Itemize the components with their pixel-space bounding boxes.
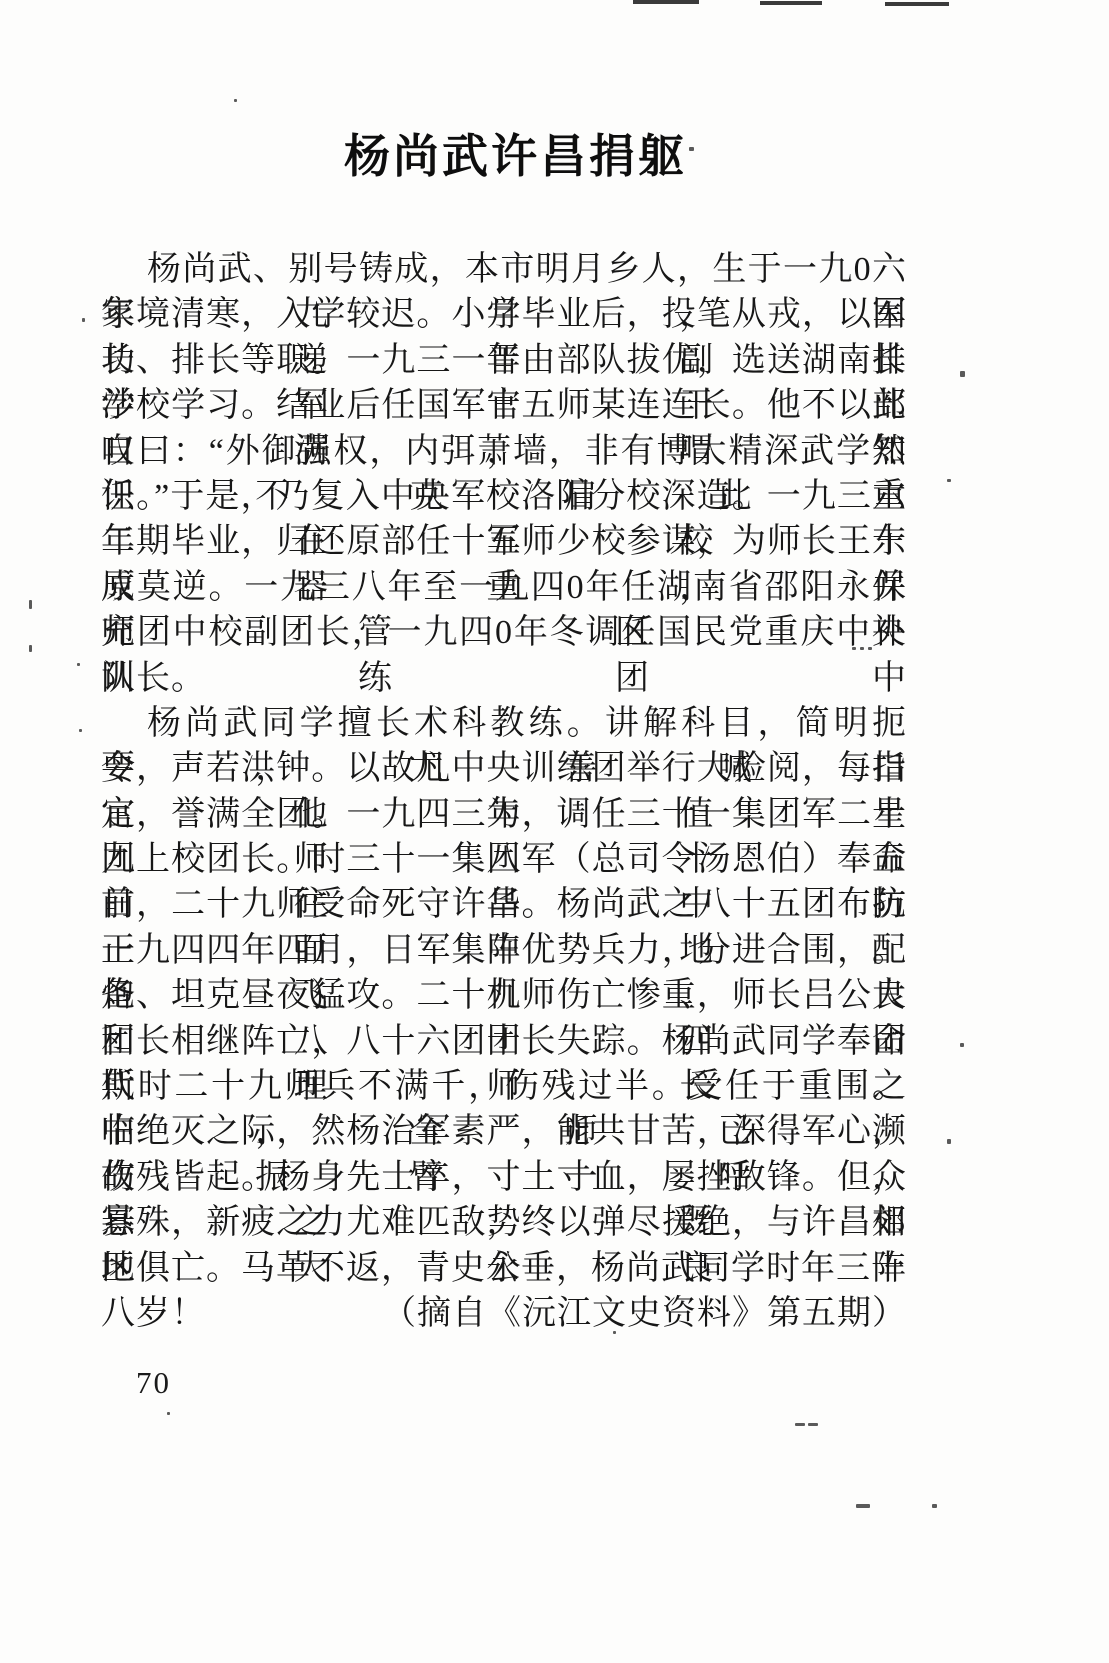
scanned-page: 杨尚武许昌捐躯 杨尚武、别号铸成，本市明月乡人，生于一九0六年九月，因 家境清寒… [0, 0, 1109, 1663]
scan-artifact-bar [885, 2, 949, 6]
scan-speck [947, 1139, 951, 1144]
scan-speck [860, 647, 864, 650]
body-line: 令，声若洪钟。以故凡中央训练团举行大检阅，每指定他为值星 [101, 746, 907, 791]
body-line: 地俱亡。马革不返，青史永垂，杨尚武同学时年三十八岁！ [101, 1246, 907, 1291]
scan-artifact-bar [633, 0, 699, 4]
body-line: 学校学习。结业后任国军十五师某连连长。他不以此自满，喟然 [101, 383, 907, 428]
scan-speck [77, 663, 80, 666]
scan-speck [868, 647, 872, 650]
scan-speck [856, 1504, 870, 1508]
body-line: 成莫逆。一九三八年至一九四0年任湖南省邵阳永保师管区补 [101, 565, 907, 610]
body-line: 官，誉满全团。一九四三年，调任三十一集团军二十九师八十五 [101, 792, 907, 837]
body-line: 任。”于是，乃复入中央军校洛阳分校深造。一九三六年在军校十 [101, 474, 907, 519]
body-line: 炮、坦克昼夜猛攻。二十九师伤亡惨重，师长吕公良和八十四团 [101, 973, 907, 1018]
body-line: 临绝灭之际，然杨治军素严，能共甘苦，深得军心，故振臂一呼， [101, 1109, 907, 1154]
scan-speck [852, 647, 856, 650]
scan-speck [960, 371, 965, 377]
scan-artifact-bar [760, 1, 822, 5]
body-line: 二期毕业，归还原部任十五师少校参谋，为师长王东原器重，并 [101, 519, 907, 564]
body-line: 杨尚武、别号铸成，本市明月乡人，生于一九0六年九月，因 [101, 247, 907, 292]
body-line: 日，二十九师受命死守许昌。杨尚武之八十五团布防正面阵地。 [101, 882, 907, 927]
body-line: 长、排长等职。一九三一年由部队拔优，选送湖南长沙军官干部 [101, 338, 907, 383]
scan-speck [932, 1504, 937, 1508]
attribution: （摘自《沅江文史资料》第五期） [101, 1291, 907, 1336]
body-line: 叹曰：“外御强权，内弭萧墙，非有博大精深武学知识不克肩此重 [101, 429, 907, 474]
article-body: 杨尚武、别号铸成，本市明月乡人，生于一九0六年九月，因 家境清寒，入学较迟。小学… [101, 247, 907, 1336]
scan-speck [689, 147, 694, 151]
scan-speck [234, 99, 237, 102]
scan-speck [960, 1043, 964, 1047]
scan-speck [82, 318, 85, 322]
scan-speck [947, 479, 951, 482]
body-line: 伤残皆起。杨身先士卒，寸土寸血，屡挫敌锋。但众寡之势既相 [101, 1155, 907, 1200]
scan-speck [808, 1423, 818, 1426]
body-line: 充团中校副团长，一九四0年冬调任国民党重庆中央训练团中 [101, 610, 907, 655]
scan-speck [167, 1412, 170, 1415]
scan-speck [795, 1423, 805, 1426]
body-line: 悬殊，新疲之力尤难匹敌，终以弹尽援绝，与许昌郊区大公良阵 [101, 1200, 907, 1245]
scan-speck [29, 600, 32, 609]
article-title: 杨尚武许昌捐躯 [0, 120, 1070, 186]
scan-speck [29, 645, 32, 652]
scan-speck [79, 729, 82, 732]
body-line: 杨尚武同学擅长术科教练。讲解科目，简明扼要，尤善喊口 [101, 701, 907, 746]
body-line: 一九四四年四月，日军集中优势兵力，分进合围，配备飞机、大 [101, 928, 907, 973]
page-number: 70 [136, 1365, 171, 1401]
body-line: 团上校团长。时三十一集团军（总司令汤恩伯）奉命前往华中抗 [101, 837, 907, 882]
scan-speck [613, 1331, 616, 1334]
body-line: 团长相继阵亡，八十六团团长失踪。杨尚武同学奉命代理师长。 [101, 1019, 907, 1064]
body-line: 斯时二十九师兵不满千，伤残过半。受任于重围之中，全师已濒 [101, 1064, 907, 1109]
body-line: 家境清寒，入学较迟。小学毕业后，投笔从戎，以军功递晋副排 [101, 292, 907, 337]
